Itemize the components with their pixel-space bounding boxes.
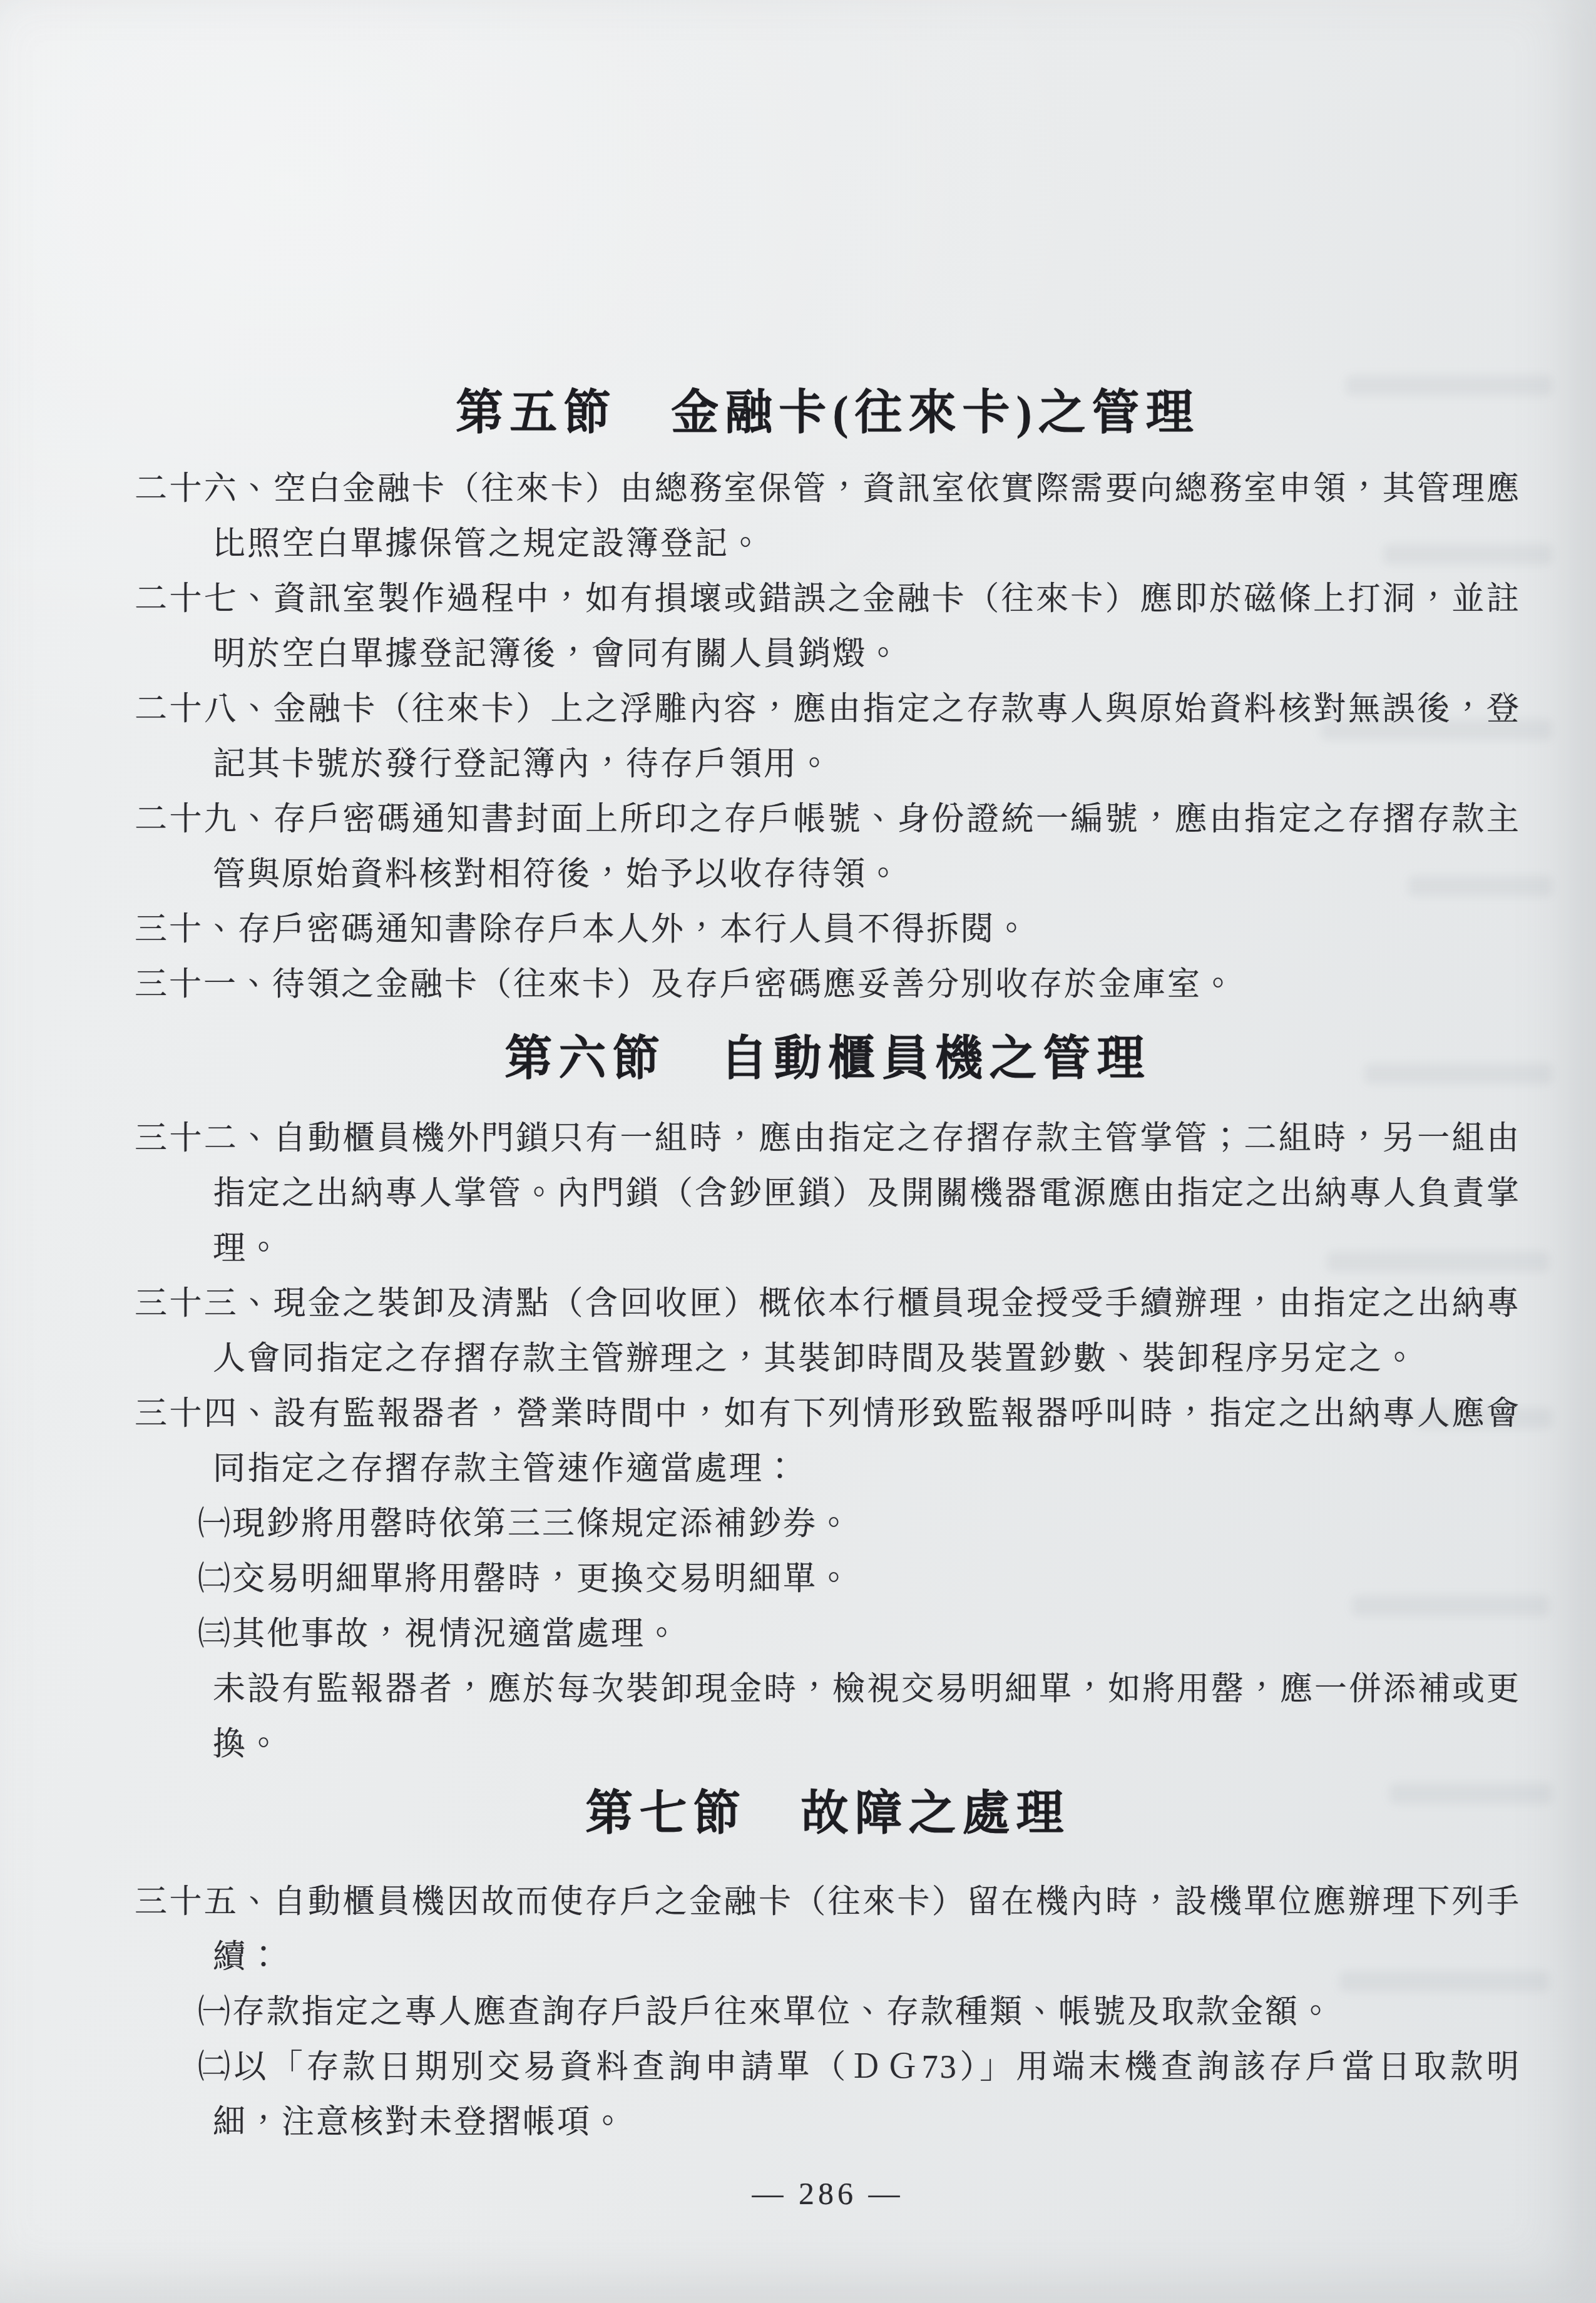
page-number: — 286 — <box>135 2172 1521 2215</box>
sections-host: 第五節 金融卡(往來卡)之管理二十六、空白金融卡（往來卡）由總務室保管，資訊室依… <box>135 383 1521 2150</box>
paragraph: 三十二、自動櫃員機外門鎖只有一組時，應由指定之存摺存款主管掌管；二組時，另一組由… <box>213 1111 1521 1277</box>
paragraph: 三十五、自動櫃員機因故而使存戶之金融卡（往來卡）留在機內時，設機單位應辦理下列手… <box>213 1875 1521 1985</box>
section-heading: 第七節 故障之處理 <box>135 1784 1521 1844</box>
section-heading: 第六節 自動櫃員機之管理 <box>135 1029 1521 1089</box>
paragraph: 二十八、金融卡（往來卡）上之浮雕內容，應由指定之存款專人與原始資料核對無誤後，登… <box>213 682 1521 792</box>
paragraph: 三十一、待領之金融卡（往來卡）及存戶密碼應妥善分別收存於金庫室。 <box>213 957 1521 1013</box>
section-heading: 第五節 金融卡(往來卡)之管理 <box>135 383 1521 443</box>
paragraph: 二十六、空白金融卡（往來卡）由總務室保管，資訊室依實際需要向總務室申領，其管理應… <box>213 462 1521 572</box>
paragraph: ㈡交易明細單將用罄時，更換交易明細單。 <box>213 1552 1521 1607</box>
document-content: 第五節 金融卡(往來卡)之管理二十六、空白金融卡（往來卡）由總務室保管，資訊室依… <box>0 383 1596 2215</box>
document-section: 第六節 自動櫃員機之管理三十二、自動櫃員機外門鎖只有一組時，應由指定之存摺存款主… <box>135 1029 1521 1772</box>
paragraph: 二十九、存戶密碼通知書封面上所印之存戶帳號、身份證統一編號，應由指定之存摺存款主… <box>213 792 1521 902</box>
paragraph: 三十三、現金之裝卸及清點（含回收匣）概依本行櫃員現金授受手續辦理，由指定之出納專… <box>213 1277 1521 1387</box>
paragraph: 二十七、資訊室製作過程中，如有損壞或錯誤之金融卡（往來卡）應即於磁條上打洞，並註… <box>213 572 1521 682</box>
paragraph: ㈠現鈔將用罄時依第三三條規定添補鈔券。 <box>213 1497 1521 1552</box>
document-section: 第七節 故障之處理三十五、自動櫃員機因故而使存戶之金融卡（往來卡）留在機內時，設… <box>135 1784 1521 2150</box>
paragraph: ㈠存款指定之專人應查詢存戶設戶往來單位、存款種類、帳號及取款金額。 <box>213 1985 1521 2040</box>
paragraph: 三十、存戶密碼通知書除存戶本人外，本行人員不得拆閱。 <box>213 902 1521 957</box>
paragraph: 三十四、設有監報器者，營業時間中，如有下列情形致監報器呼叫時，指定之出納專人應會… <box>213 1387 1521 1497</box>
paragraph: ㈢其他事故，視情況適當處理。 <box>213 1607 1521 1662</box>
document-section: 第五節 金融卡(往來卡)之管理二十六、空白金融卡（往來卡）由總務室保管，資訊室依… <box>135 383 1521 1013</box>
paragraph: ㈡以「存款日期別交易資料查詢申請單（ＤＧ73）」用端末機查詢該存戶當日取款明細，… <box>213 2040 1521 2150</box>
paragraph: 未設有監報器者，應於每次裝卸現金時，檢視交易明細單，如將用罄，應一併添補或更換。 <box>213 1662 1521 1772</box>
document-page: 第五節 金融卡(往來卡)之管理二十六、空白金融卡（往來卡）由總務室保管，資訊室依… <box>0 0 1596 2303</box>
